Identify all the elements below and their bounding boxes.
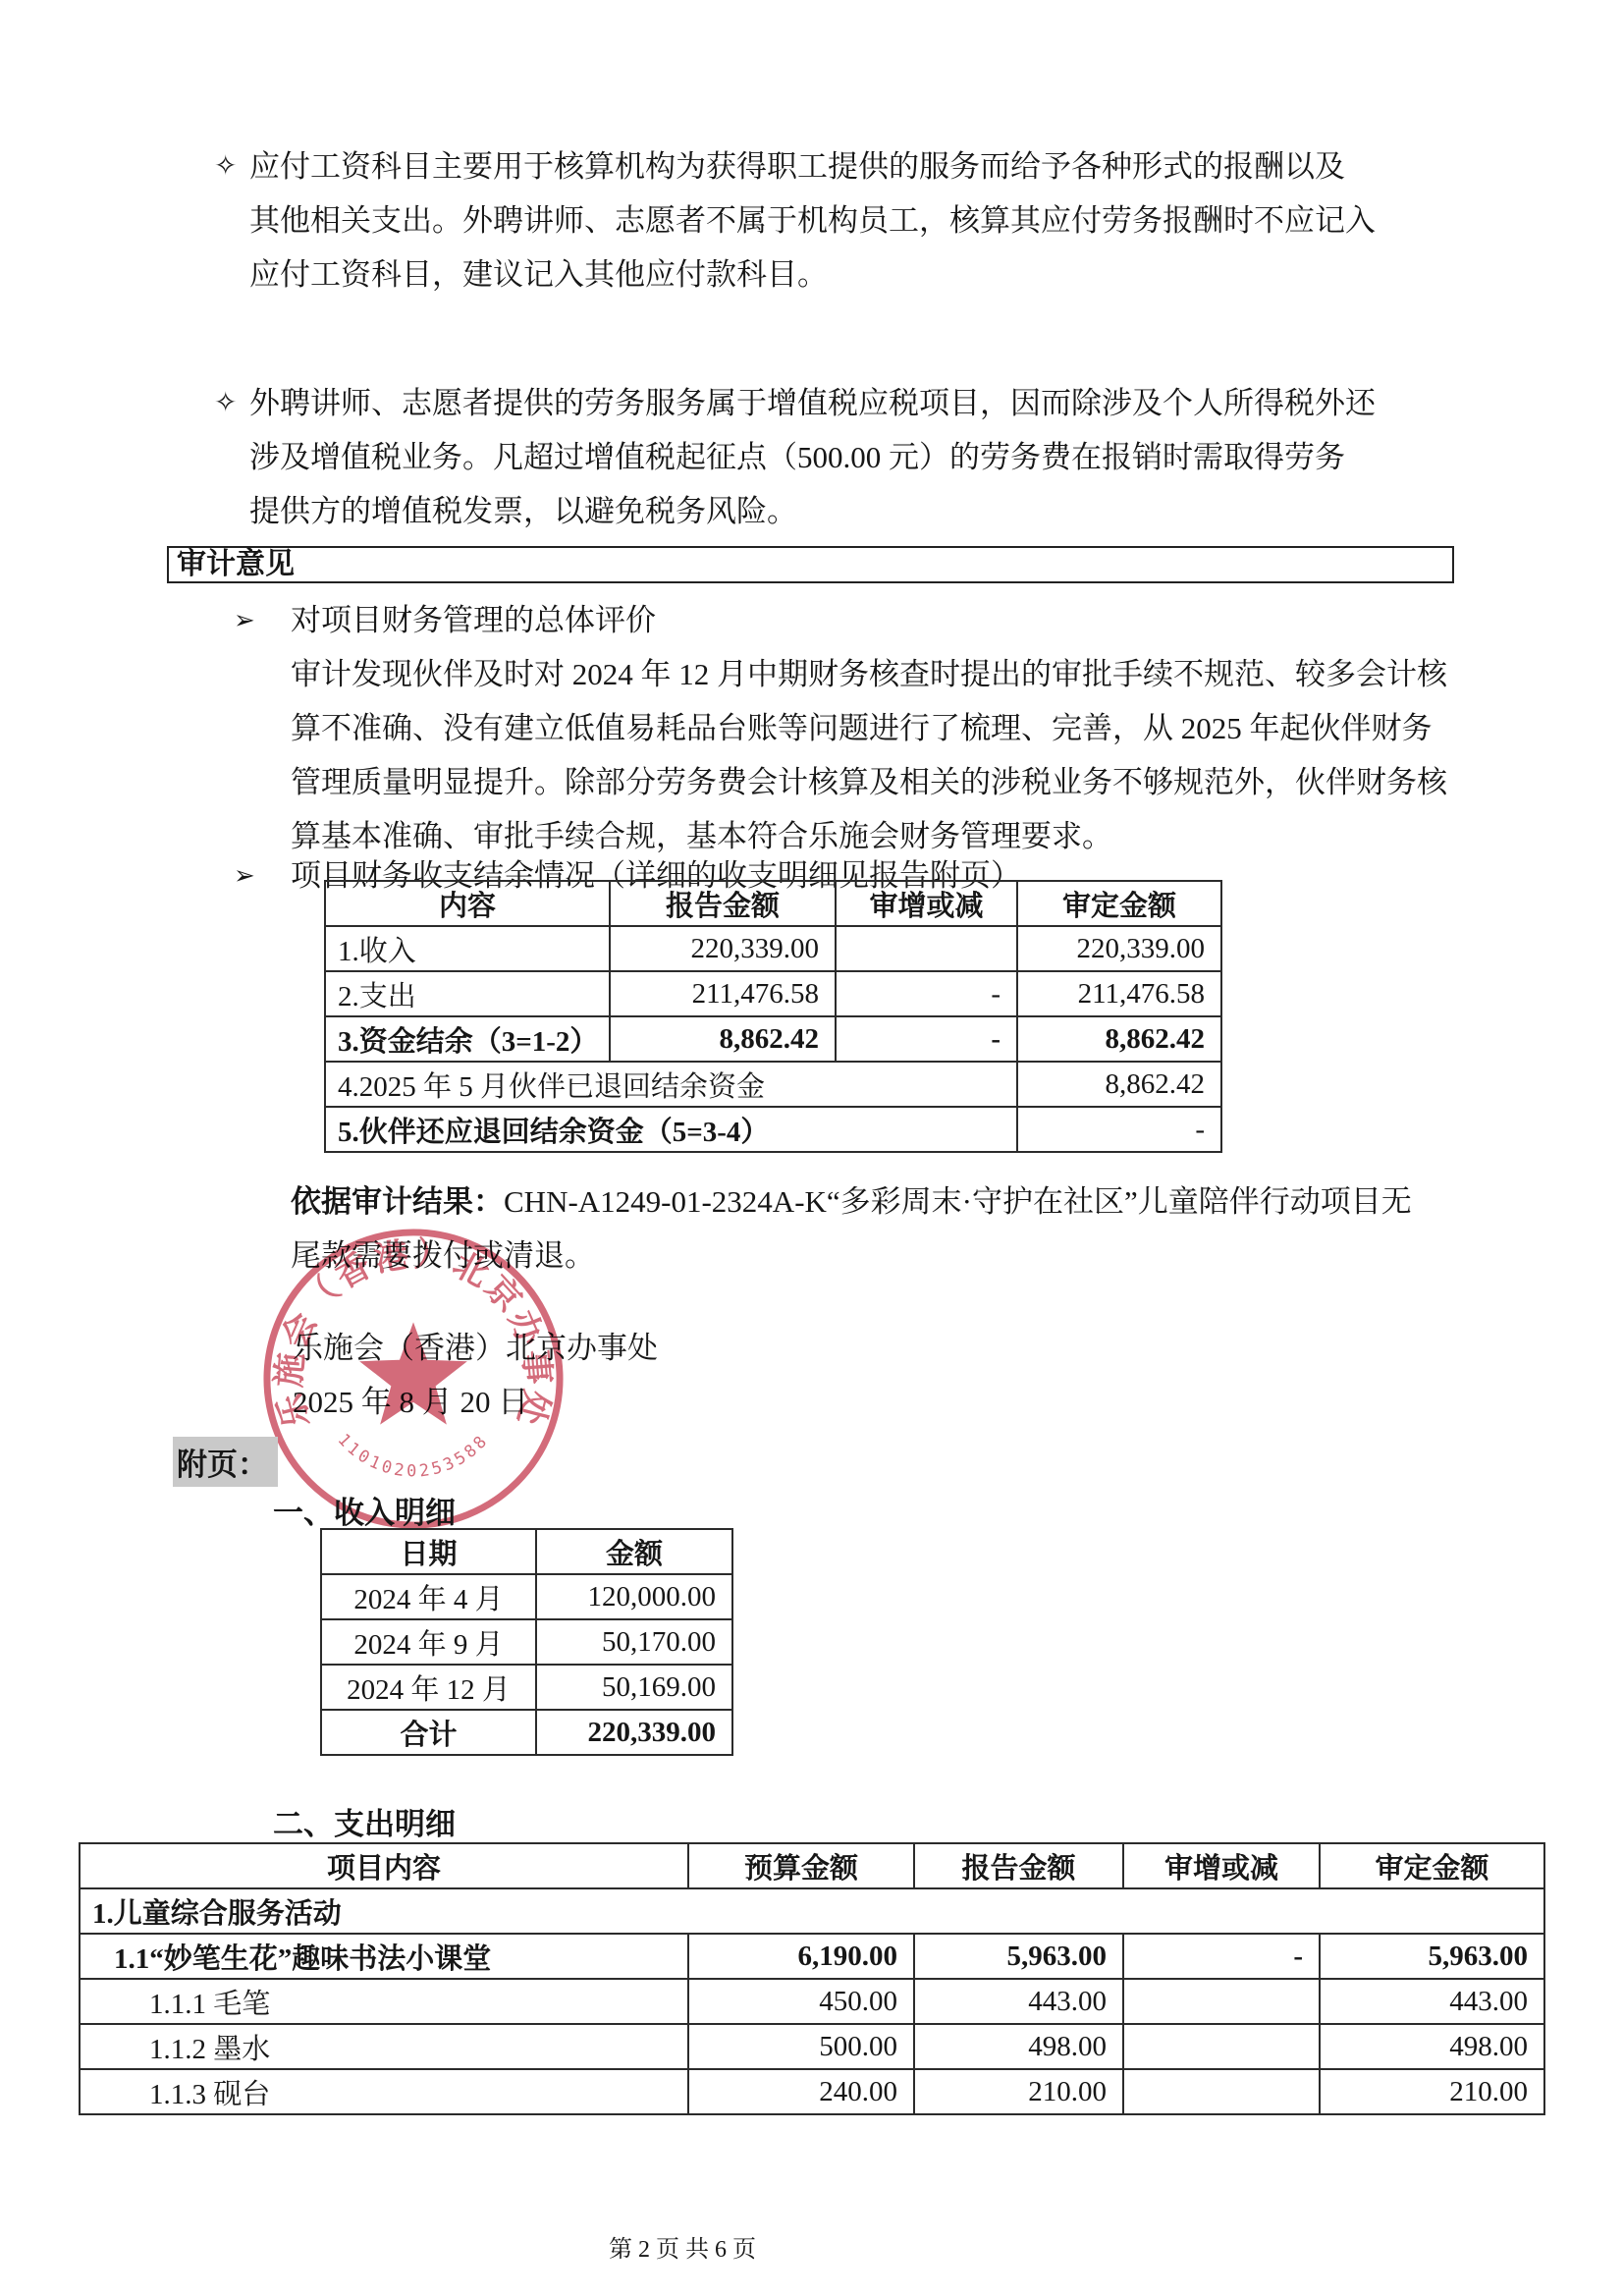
diamond-bullet-icon: ✧ bbox=[214, 139, 237, 193]
audit-opinion-header: 审计意见 bbox=[167, 546, 1454, 583]
row-expense-label: 2.支出 bbox=[325, 971, 610, 1016]
stamp-star-icon bbox=[359, 1322, 467, 1424]
expense-adjust bbox=[1123, 1979, 1320, 2024]
col-budget: 预算金额 bbox=[688, 1843, 914, 1888]
expense-header-row: 项目内容 预算金额 报告金额 审增或减 审定金额 bbox=[80, 1843, 1544, 1888]
row-balance-adjust: - bbox=[836, 1016, 1017, 1062]
table-row: 2.支出 211,476.58 - 211,476.58 bbox=[325, 971, 1221, 1016]
income-total-row: 合计 220,339.00 bbox=[321, 1710, 732, 1755]
svg-text:1101020253588: 1101020253588 bbox=[334, 1430, 492, 1481]
conclusion-line1: CHN-A1249-01-2324A-K“多彩周末·守护在社区”儿童陪伴行动项目… bbox=[504, 1184, 1412, 1219]
point1-title: 对项目财务管理的总体评价 bbox=[291, 593, 656, 647]
table-row: 3.资金结余（3=1-2） 8,862.42 - 8,862.42 bbox=[325, 1016, 1221, 1062]
summary-table: 内容 报告金额 审增或减 审定金额 1.收入 220,339.00 220,33… bbox=[324, 880, 1222, 1153]
appendix-label-wrap: 附页： bbox=[173, 1437, 278, 1487]
col-final: 审定金额 bbox=[1017, 881, 1221, 926]
expense-final: 498.00 bbox=[1320, 2024, 1544, 2069]
note-vat-text: 外聘讲师、志愿者提供的劳务服务属于增值税应税项目，因而除涉及个人所得税外还 涉及… bbox=[249, 376, 1469, 538]
row-returned-label: 4.2025 年 5 月伙伴已退回结余资金 bbox=[325, 1062, 1017, 1107]
income-amount: 50,169.00 bbox=[536, 1665, 732, 1710]
expense-budget: 6,190.00 bbox=[688, 1934, 914, 1979]
table-row: 1.1.2 墨水 500.00 498.00 498.00 bbox=[80, 2024, 1544, 2069]
col-final: 审定金额 bbox=[1320, 1843, 1544, 1888]
col-date: 日期 bbox=[321, 1529, 536, 1574]
row-toreturn-final: - bbox=[1017, 1107, 1221, 1152]
row-expense-reported: 211,476.58 bbox=[610, 971, 836, 1016]
expense-final: 210.00 bbox=[1320, 2069, 1544, 2114]
expense-reported: 498.00 bbox=[914, 2024, 1123, 2069]
arrow-bullet-icon: ➢ bbox=[234, 593, 255, 647]
income-date: 2024 年 12 月 bbox=[321, 1665, 536, 1710]
income-table: 日期 金额 2024 年 4 月 120,000.00 2024 年 9 月 5… bbox=[320, 1528, 733, 1756]
row-income-label: 1.收入 bbox=[325, 926, 610, 971]
col-adjust: 审增或减 bbox=[836, 881, 1017, 926]
arrow-bullet-icon: ➢ bbox=[234, 848, 255, 902]
row-balance-reported: 8,862.42 bbox=[610, 1016, 836, 1062]
expense-item-label: 1.1.1 毛笔 bbox=[80, 1979, 688, 2024]
conclusion-label: 依据审计结果： bbox=[291, 1184, 504, 1219]
col-amount: 金额 bbox=[536, 1529, 732, 1574]
note-payroll: ✧ 应付工资科目主要用于核算机构为获得职工提供的服务而给予各种形式的报酬以及 其… bbox=[214, 139, 1469, 301]
expense-reported: 443.00 bbox=[914, 1979, 1123, 2024]
income-total-value: 220,339.00 bbox=[536, 1710, 732, 1755]
scanned-audit-report-page: ✧ 应付工资科目主要用于核算机构为获得职工提供的服务而给予各种形式的报酬以及 其… bbox=[0, 0, 1623, 2296]
expense-category-row: 1.儿童综合服务活动 bbox=[80, 1888, 1544, 1934]
expense-reported: 210.00 bbox=[914, 2069, 1123, 2114]
table-row: 1.1.1 毛笔 450.00 443.00 443.00 bbox=[80, 1979, 1544, 2024]
note-vat: ✧ 外聘讲师、志愿者提供的劳务服务属于增值税应税项目，因而除涉及个人所得税外还 … bbox=[214, 376, 1469, 538]
row-expense-final: 211,476.58 bbox=[1017, 971, 1221, 1016]
income-amount: 120,000.00 bbox=[536, 1574, 732, 1619]
expense-item-label: 1.1.3 砚台 bbox=[80, 2069, 688, 2114]
table-row: 5.伙伴还应退回结余资金（5=3-4） - bbox=[325, 1107, 1221, 1152]
expense-item-label: 1.1“妙笔生花”趣味书法小课堂 bbox=[80, 1934, 688, 1979]
summary-header-row: 内容 报告金额 审增或减 审定金额 bbox=[325, 881, 1221, 926]
row-income-reported: 220,339.00 bbox=[610, 926, 836, 971]
income-date: 2024 年 9 月 bbox=[321, 1619, 536, 1665]
expense-budget: 500.00 bbox=[688, 2024, 914, 2069]
table-row: 2024 年 4 月 120,000.00 bbox=[321, 1574, 732, 1619]
diamond-bullet-icon: ✧ bbox=[214, 376, 237, 430]
income-amount: 50,170.00 bbox=[536, 1619, 732, 1665]
table-row: 1.1.3 砚台 240.00 210.00 210.00 bbox=[80, 2069, 1544, 2114]
expense-category-label: 1.儿童综合服务活动 bbox=[80, 1888, 1544, 1934]
table-row: 4.2025 年 5 月伙伴已退回结余资金 8,862.42 bbox=[325, 1062, 1221, 1107]
row-balance-label: 3.资金结余（3=1-2） bbox=[325, 1016, 610, 1062]
page-number-footer: 第 2 页 共 6 页 bbox=[0, 2229, 1365, 2264]
col-adjust: 审增或减 bbox=[1123, 1843, 1320, 1888]
table-row: 1.收入 220,339.00 220,339.00 bbox=[325, 926, 1221, 971]
expense-final: 443.00 bbox=[1320, 1979, 1544, 2024]
row-returned-final: 8,862.42 bbox=[1017, 1062, 1221, 1107]
expense-final: 5,963.00 bbox=[1320, 1934, 1544, 1979]
income-total-label: 合计 bbox=[321, 1710, 536, 1755]
table-row: 2024 年 9 月 50,170.00 bbox=[321, 1619, 732, 1665]
row-balance-final: 8,862.42 bbox=[1017, 1016, 1221, 1062]
expense-table: 项目内容 预算金额 报告金额 审增或减 审定金额 1.儿童综合服务活动 1.1“… bbox=[79, 1842, 1545, 2115]
table-row: 1.1“妙笔生花”趣味书法小课堂 6,190.00 5,963.00 - 5,9… bbox=[80, 1934, 1544, 1979]
col-content: 内容 bbox=[325, 881, 610, 926]
expense-reported: 5,963.00 bbox=[914, 1934, 1123, 1979]
row-income-adjust bbox=[836, 926, 1017, 971]
expense-adjust: - bbox=[1123, 1934, 1320, 1979]
expense-adjust bbox=[1123, 2024, 1320, 2069]
appendix-label: 附页： bbox=[173, 1437, 278, 1487]
table-row: 2024 年 12 月 50,169.00 bbox=[321, 1665, 732, 1710]
col-item: 项目内容 bbox=[80, 1843, 688, 1888]
expense-adjust bbox=[1123, 2069, 1320, 2114]
stamp-serial-number: 1101020253588 bbox=[334, 1430, 492, 1481]
expense-item-label: 1.1.2 墨水 bbox=[80, 2024, 688, 2069]
note-payroll-text: 应付工资科目主要用于核算机构为获得职工提供的服务而给予各种形式的报酬以及 其他相… bbox=[249, 139, 1469, 301]
expense-budget: 240.00 bbox=[688, 2069, 914, 2114]
income-date: 2024 年 4 月 bbox=[321, 1574, 536, 1619]
row-expense-adjust: - bbox=[836, 971, 1017, 1016]
point1-paragraph: 审计发现伙伴及时对 2024 年 12 月中期财务核查时提出的审批手续不规范、较… bbox=[291, 647, 1469, 863]
row-income-final: 220,339.00 bbox=[1017, 926, 1221, 971]
row-toreturn-label: 5.伙伴还应退回结余资金（5=3-4） bbox=[325, 1107, 1017, 1152]
col-reported: 报告金额 bbox=[610, 881, 836, 926]
income-header-row: 日期 金额 bbox=[321, 1529, 732, 1574]
expense-budget: 450.00 bbox=[688, 1979, 914, 2024]
col-reported: 报告金额 bbox=[914, 1843, 1123, 1888]
